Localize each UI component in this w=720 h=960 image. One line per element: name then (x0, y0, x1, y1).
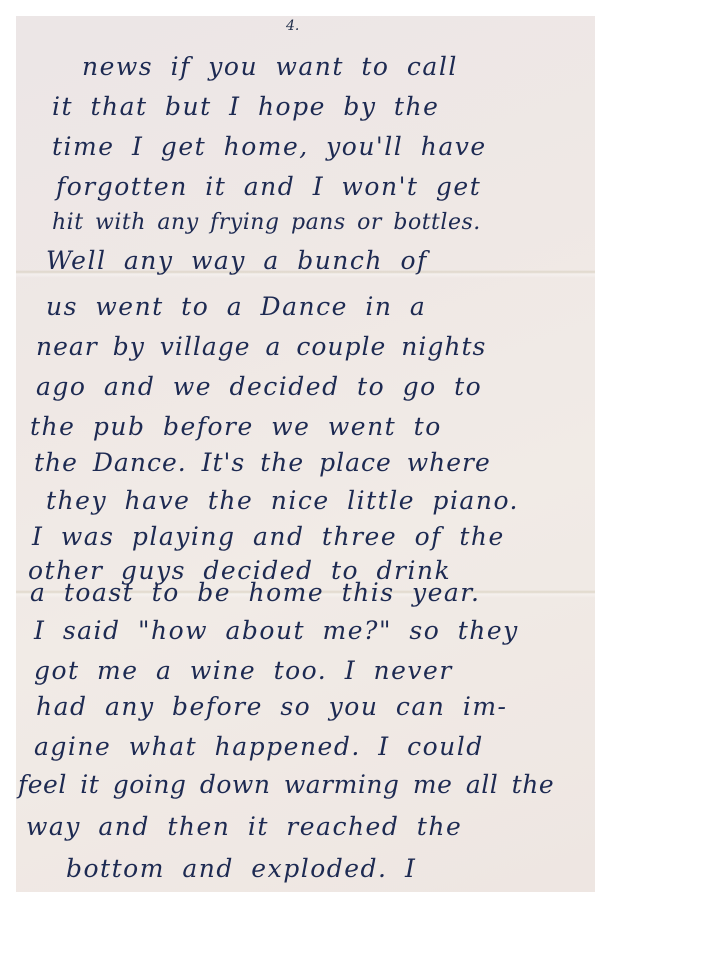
text-line: time I get home, you'll have (52, 132, 487, 161)
text-line: got me a wine too. I never (34, 656, 453, 685)
text-line: way and then it reached the (26, 812, 462, 841)
text-line: Well any way a bunch of (46, 246, 428, 275)
text-line: I said "how about me?" so they (34, 616, 519, 645)
text-line: a toast to be home this year. (30, 578, 480, 607)
page-number: 4. (286, 18, 299, 34)
text-line: I was playing and three of the (32, 522, 505, 551)
text-line: feel it going down warming me all the (18, 770, 554, 799)
text-line: forgotten it and I won't get (56, 172, 481, 201)
text-line: agine what happened. I could (34, 732, 484, 761)
text-line: they have the nice little piano. (46, 486, 519, 515)
text-line: ago and we decided to go to (36, 372, 482, 401)
text-line: news if you want to call (82, 52, 458, 81)
text-line: had any before so you can im- (36, 692, 507, 721)
text-line: near by village a couple nights (36, 332, 486, 361)
text-line: it that but I hope by the (52, 92, 439, 121)
text-line: the pub before we went to (30, 412, 442, 441)
text-line: us went to a Dance in a (46, 292, 426, 321)
letter-page: 4. news if you want to call it that but … (16, 16, 595, 892)
text-line: hit with any frying pans or bottles. (52, 210, 481, 235)
text-line: bottom and exploded. I (66, 854, 416, 883)
text-line: the Dance. It's the place where (34, 448, 491, 477)
